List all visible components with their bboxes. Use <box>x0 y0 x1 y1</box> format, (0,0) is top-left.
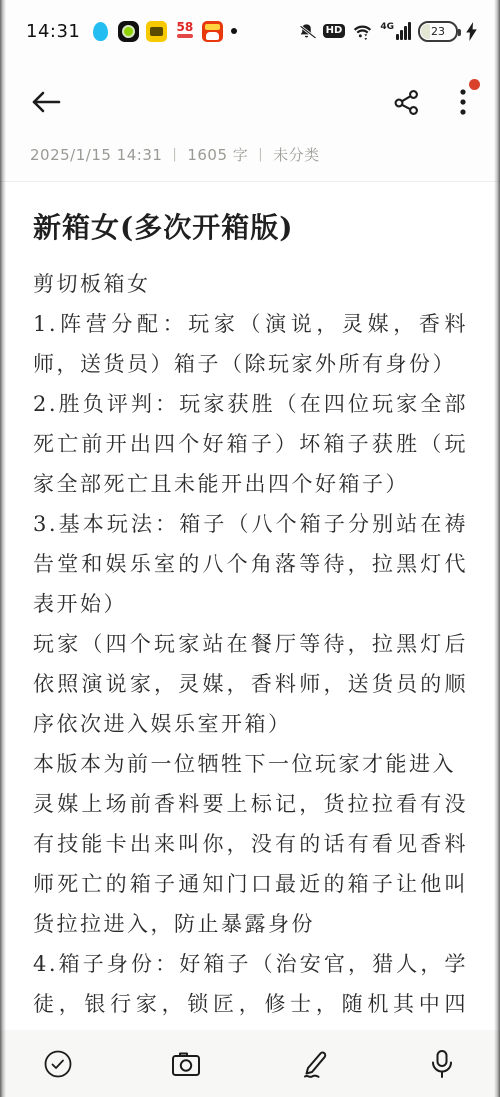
dark-camera-icon <box>118 21 139 42</box>
share-button[interactable] <box>393 89 420 116</box>
battery-percent: 23 <box>431 25 445 38</box>
note-meta: 2025/1/15 14:31 | 1605 字 | 未分类 <box>0 130 500 181</box>
note-paragraph: 灵媒上场前香料要上标记，货拉拉看有没有技能卡出来叫你，没有的话有看见香料师死亡的… <box>33 784 468 944</box>
note-paragraph: 本版本为前一位牺牲下一位玩家才能进入 <box>33 744 468 784</box>
note-body: 剪切板箱女 1.阵营分配：玩家（演说，灵媒，香料师，送货员）箱子（除玩家外所有身… <box>33 264 468 1064</box>
charging-bolt-icon <box>465 22 478 41</box>
todo-check-button[interactable] <box>38 1044 78 1084</box>
signal-icon: 4G <box>380 22 411 40</box>
note-paragraph: 2.胜负评判：玩家获胜（在四位玩家全部死亡前开出四个好箱子）坏箱子获胜（玩家全部… <box>33 384 468 504</box>
notification-badge <box>469 79 480 90</box>
note-title: 新箱女(多次开箱版) <box>33 206 468 246</box>
battery-icon: 23 <box>418 21 458 42</box>
notification-dot-icon <box>231 28 237 34</box>
status-indicators: HD 4G 23 <box>297 21 478 42</box>
network-label: 4G <box>380 22 394 32</box>
camera-button[interactable] <box>166 1044 206 1084</box>
red-app-icon <box>202 21 223 42</box>
58-label: 58 <box>174 21 195 34</box>
microphone-button[interactable] <box>422 1044 462 1084</box>
more-menu-button[interactable] <box>454 87 472 117</box>
status-bar: 14:31 58 HD <box>0 0 500 56</box>
yellow-app-icon <box>146 21 167 42</box>
note-word-count: 1605 字 <box>187 144 248 165</box>
note-header <box>0 56 500 130</box>
status-app-icons: 58 <box>90 21 223 42</box>
note-paragraph: 1.阵营分配：玩家（演说，灵媒，香料师，送货员）箱子（除玩家外所有身份） <box>33 304 468 384</box>
wifi-icon <box>352 22 373 41</box>
note-content-area[interactable]: 新箱女(多次开箱版) 剪切板箱女 1.阵营分配：玩家（演说，灵媒，香料师，送货员… <box>0 182 500 1064</box>
qq-icon <box>90 21 111 42</box>
hd-icon: HD <box>323 24 346 38</box>
meta-separator: | <box>258 147 263 162</box>
handwriting-pen-button[interactable] <box>294 1044 334 1084</box>
58-tongcheng-icon: 58 <box>174 21 195 42</box>
back-button[interactable] <box>30 89 62 115</box>
note-category[interactable]: 未分类 <box>273 144 320 165</box>
status-time: 14:31 <box>26 21 80 42</box>
mute-bell-icon <box>297 22 316 41</box>
note-paragraph: 玩家（四个玩家站在餐厅等待，拉黑灯后依照演说家，灵媒，香料师，送货员的顺序依次进… <box>33 624 468 744</box>
bottom-toolbar <box>0 1030 500 1097</box>
note-datetime: 2025/1/15 14:31 <box>30 146 162 164</box>
phone-screen: 14:31 58 HD <box>0 0 500 1097</box>
note-paragraph: 剪切板箱女 <box>33 264 468 304</box>
meta-separator: | <box>172 147 177 162</box>
note-paragraph: 3.基本玩法：箱子（八个箱子分别站在祷告堂和娱乐室的八个角落等待，拉黑灯代表开始… <box>33 504 468 624</box>
